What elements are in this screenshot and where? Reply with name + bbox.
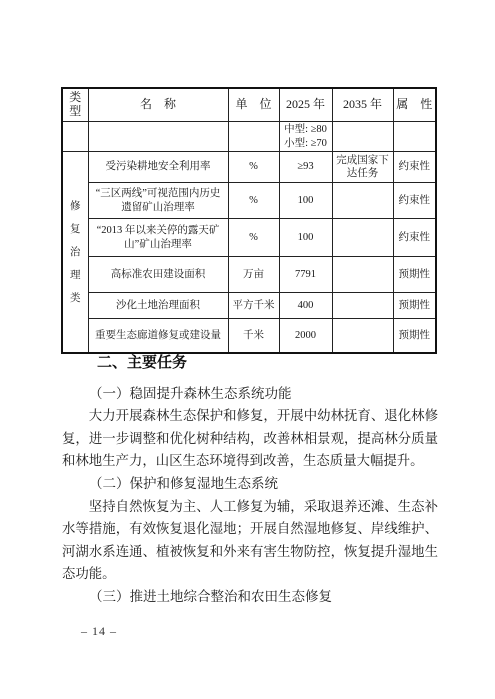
cell-attr: 约束性 — [393, 183, 436, 219]
cell-attr: 预期性 — [393, 293, 436, 319]
cell-name: “三区两线”可视范围内历史遗留矿山治理率 — [88, 183, 228, 219]
cell-unit: 千米 — [228, 319, 279, 353]
table-header-row: 类型 名 称 单 位 2025 年 2035 年 属 性 — [62, 88, 436, 121]
document-body: 二、主要任务 （一）稳固提升森林生态系统功能 大力开展森林生态保护和修复，开展中… — [62, 352, 438, 609]
header-unit: 单 位 — [228, 88, 279, 121]
page-number: – 14 – — [81, 624, 117, 639]
cell-name: 受污染耕地安全利用率 — [88, 152, 228, 183]
paragraph-1: 大力开展森林生态保护和修复，开展中幼林抚育、退化林修复，进一步调整和优化树种结构… — [62, 405, 438, 473]
cell-2035: 完成国家下达任务 — [332, 152, 393, 183]
cell-unit: % — [228, 183, 279, 219]
cell-empty — [88, 121, 228, 151]
cell-attr: 预期性 — [393, 257, 436, 293]
header-2025: 2025 年 — [279, 88, 332, 121]
header-attr: 属 性 — [393, 88, 436, 121]
cell-2035 — [332, 319, 393, 353]
table-row: 高标准农田建设面积 万亩 7791 预期性 — [62, 257, 436, 293]
cell-2035 — [332, 293, 393, 319]
table-continuation-row: 中型: ≥80 小型: ≥70 — [62, 121, 436, 151]
cell-empty — [332, 121, 393, 151]
cell-2025-continuation: 中型: ≥80 小型: ≥70 — [279, 121, 332, 151]
cell-2035 — [332, 219, 393, 257]
cell-name: 沙化土地治理面积 — [88, 293, 228, 319]
cell-unit: 平方千米 — [228, 293, 279, 319]
subsection-2-title: （二）保护和修复湿地生态系统 — [62, 473, 438, 496]
table-row: “三区两线”可视范围内历史遗留矿山治理率 % 100 约束性 — [62, 183, 436, 219]
cell-2035 — [332, 257, 393, 293]
cell-name: “2013 年以来关停的露天矿山”矿山治理率 — [88, 219, 228, 257]
continuation-line-1: 中型: ≥80 — [282, 123, 330, 137]
header-type-label: 类型 — [69, 90, 82, 119]
paragraph-2: 坚持自然恢复为主、人工修复为辅，采取退养还滩、生态补水等措施，有效恢复退化湿地；… — [62, 496, 438, 586]
table-row: “2013 年以来关停的露天矿山”矿山治理率 % 100 约束性 — [62, 219, 436, 257]
continuation-line-2: 小型: ≥70 — [282, 137, 330, 151]
category-label: 修复治理类 — [69, 195, 81, 310]
cell-name: 高标准农田建设面积 — [88, 257, 228, 293]
table-row: 沙化土地治理面积 平方千米 400 预期性 — [62, 293, 436, 319]
cell-name: 重要生态廊道修复或建设量 — [88, 319, 228, 353]
section-title: 二、主要任务 — [62, 352, 438, 375]
cell-unit: 万亩 — [228, 257, 279, 293]
cell-empty — [228, 121, 279, 151]
header-2035: 2035 年 — [332, 88, 393, 121]
cell-2025: 7791 — [279, 257, 332, 293]
indicator-table: 类型 名 称 单 位 2025 年 2035 年 属 性 中型: ≥80 小型:… — [61, 87, 437, 354]
cell-unit: % — [228, 152, 279, 183]
document-page: 类型 名 称 单 位 2025 年 2035 年 属 性 中型: ≥80 小型:… — [0, 0, 495, 699]
cell-attr: 预期性 — [393, 319, 436, 353]
cell-2025: 100 — [279, 183, 332, 219]
cell-2035 — [332, 183, 393, 219]
cell-unit: % — [228, 219, 279, 257]
category-cell: 修复治理类 — [62, 152, 88, 353]
table-row: 重要生态廊道修复或建设量 千米 2000 预期性 — [62, 319, 436, 353]
cell-attr: 约束性 — [393, 152, 436, 183]
table-row: 修复治理类 受污染耕地安全利用率 % ≥93 完成国家下达任务 约束性 — [62, 152, 436, 183]
cell-2025: ≥93 — [279, 152, 332, 183]
subsection-1-title: （一）稳固提升森林生态系统功能 — [62, 383, 438, 406]
header-type: 类型 — [62, 88, 88, 121]
cell-2025: 400 — [279, 293, 332, 319]
cell-empty — [62, 121, 88, 151]
header-name: 名 称 — [88, 88, 228, 121]
subsection-3-title: （三）推进土地综合整治和农田生态修复 — [62, 586, 438, 609]
cell-empty — [393, 121, 436, 151]
cell-2025: 100 — [279, 219, 332, 257]
cell-attr: 约束性 — [393, 219, 436, 257]
cell-2025: 2000 — [279, 319, 332, 353]
